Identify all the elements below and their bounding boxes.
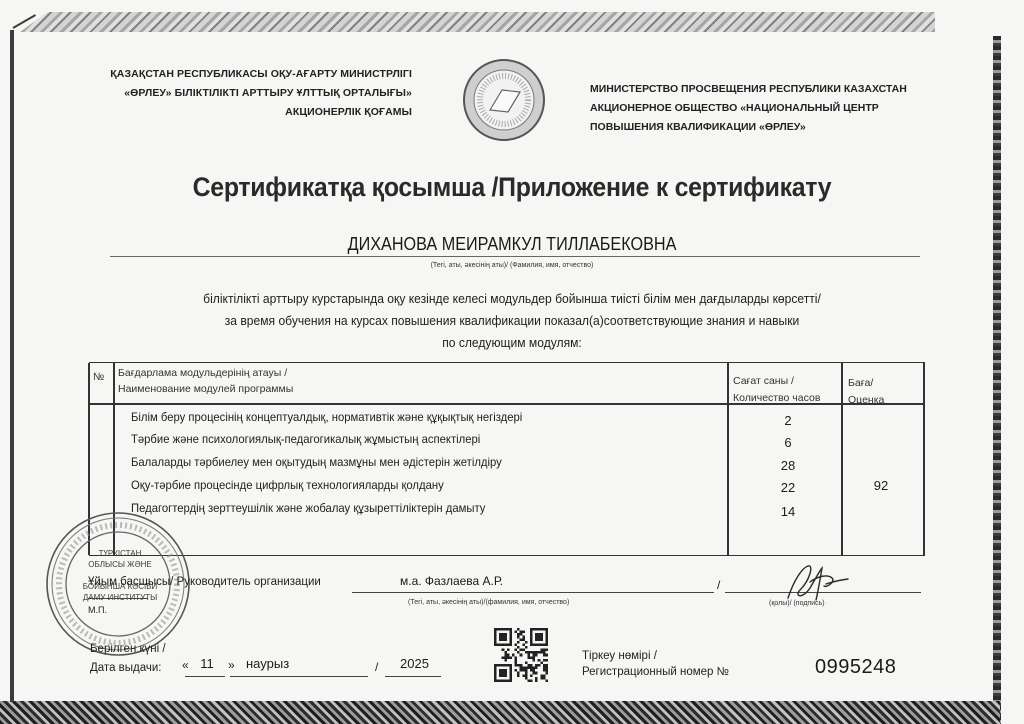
seal-line: ТҮРКІСТАН <box>80 548 160 559</box>
ornament-border-bottom <box>0 701 1000 724</box>
table-row-module: Оқу-тәрбие процесінде цифрлық технология… <box>131 478 444 492</box>
table-border <box>923 363 925 555</box>
signatory-name-line <box>352 592 714 593</box>
recipient-name-underline <box>110 256 920 257</box>
intro-text: біліктілікті арттыру курстарында оқу кез… <box>0 288 1024 354</box>
col-header-grade-ru: Оценка <box>848 391 884 410</box>
table-row-hours: 28 <box>768 458 808 473</box>
date-quote-open: « <box>182 658 189 672</box>
stamp-place-line <box>88 598 148 599</box>
table-divider <box>841 363 843 555</box>
table-row-hours: 2 <box>768 413 808 428</box>
overall-grade: 92 <box>848 478 914 493</box>
header-kz-line: «ӨРЛЕУ» БІЛІКТІЛІКТІ АРТТЫРУ ҰЛТТЫҚ ОРТА… <box>80 84 412 103</box>
date-quote-close: » <box>228 658 235 672</box>
issue-year-line <box>385 676 441 677</box>
table-row-hours: 14 <box>768 504 808 519</box>
signatory-name: м.а. Фазлаева А.Р. <box>400 574 503 588</box>
orleu-emblem-icon <box>462 58 546 142</box>
col-header-number: № <box>93 368 104 387</box>
issue-day: 11 <box>193 656 221 671</box>
recipient-name-caption: (Тегі, аты, әкесінің аты)/ (Фамилия, имя… <box>0 262 1024 269</box>
intro-line: по следующим модулям: <box>36 332 988 354</box>
ornament-border-top <box>20 12 935 32</box>
head-of-organization-label: Ұйым басшысы/ Руководитель организации <box>88 576 321 588</box>
registration-label-kz: Тіркеу нөмірі / <box>582 650 657 662</box>
header-ru-line: ПОВЫШЕНИЯ КВАЛИФИКАЦИИ «ӨРЛЕУ» <box>590 118 950 137</box>
col-header-module-ru: Наименование модулей программы <box>118 380 293 399</box>
col-header-hours-ru: Количество часов <box>733 389 820 408</box>
table-row-module: Білім беру процесінің концептуалдық, нор… <box>131 410 522 424</box>
intro-line: за время обучения на курсах повышения кв… <box>36 310 988 332</box>
issue-month-line <box>230 676 368 677</box>
table-divider <box>727 363 729 555</box>
table-row-hours: 22 <box>768 480 808 495</box>
registration-number: 0995248 <box>815 656 896 679</box>
table-row-hours: 6 <box>768 435 808 450</box>
issue-day-line <box>185 676 225 677</box>
header-kz-line: АКЦИОНЕРЛІК ҚОҒАМЫ <box>80 103 412 122</box>
seal-line: ОБЛЫСЫ ЖӘНЕ <box>80 559 160 570</box>
header-ru-line: АКЦИОНЕРНОЕ ОБЩЕСТВО «НАЦИОНАЛЬНЫЙ ЦЕНТР <box>590 99 950 118</box>
signatory-name-caption: (Тегі, аты, әкесінің аты)/(фамилия, имя,… <box>408 599 569 606</box>
stamp-place-label: М.П. <box>88 605 107 615</box>
certificate-appendix-page: ҚАЗАҚСТАН РЕСПУБЛИКАСЫ ОҚУ-АҒАРТУ МИНИСТ… <box>0 0 1024 724</box>
issue-date-label-ru: Дата выдачи: <box>90 662 162 674</box>
header-ru-line: МИНИСТЕРСТВО ПРОСВЕЩЕНИЯ РЕСПУБЛИКИ КАЗА… <box>590 80 950 99</box>
issue-date-label-kz: Берілген күні / <box>90 643 166 655</box>
qr-code-icon <box>494 628 548 682</box>
registration-label-ru: Регистрационный номер № <box>582 666 729 678</box>
document-title: Сертификатқа қосымша /Приложение к серти… <box>41 172 983 203</box>
table-row-module: Тәрбие және психологиялық-педагогикалық … <box>131 432 480 446</box>
header-kz-line: ҚАЗАҚСТАН РЕСПУБЛИКАСЫ ОҚУ-АҒАРТУ МИНИСТ… <box>80 65 412 84</box>
handwritten-signature-icon <box>780 560 850 605</box>
table-row-module: Балаларды тәрбиелеу мен оқытудың мазмұны… <box>131 455 502 469</box>
issue-month: наурыз <box>246 656 289 671</box>
header-kz: ҚАЗАҚСТАН РЕСПУБЛИКАСЫ ОҚУ-АҒАРТУ МИНИСТ… <box>80 65 412 122</box>
header-ru: МИНИСТЕРСТВО ПРОСВЕЩЕНИЯ РЕСПУБЛИКИ КАЗА… <box>590 80 950 137</box>
recipient-name: ДИХАНОВА МЕИРАМКУЛ ТИЛЛАБЕКОВНА <box>51 234 973 255</box>
issue-year: 2025 <box>400 656 429 671</box>
ornament-border-right <box>993 36 1001 724</box>
intro-line: біліктілікті арттыру курстарында оқу кез… <box>36 288 988 310</box>
date-separator: / <box>375 660 378 674</box>
signature-separator: / <box>717 578 720 592</box>
border-left <box>10 30 14 702</box>
